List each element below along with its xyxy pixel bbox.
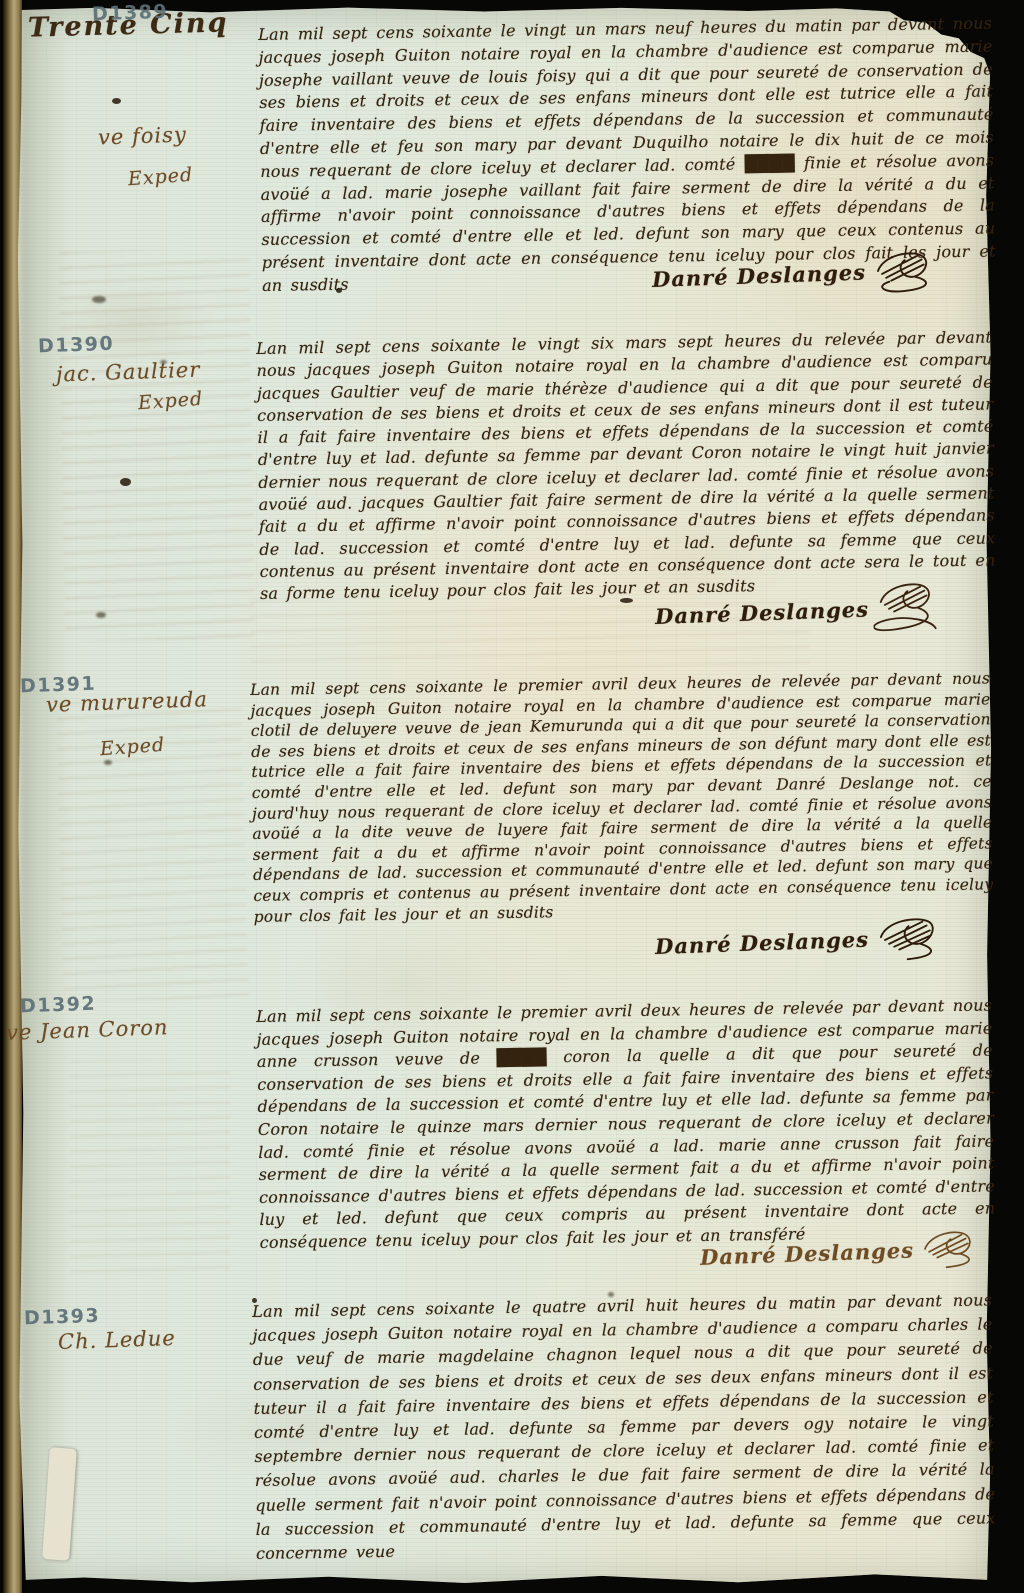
ink-blot — [112, 98, 121, 104]
signature-name: Danré Deslanges — [655, 596, 870, 628]
signature-paraph-icon — [872, 911, 944, 963]
ink-blot — [96, 612, 106, 618]
ink-blot — [104, 760, 112, 765]
signature-block: Danré Deslanges — [654, 911, 944, 971]
manuscript-scan: Trente Cinq D1389 ve foisy Exped Lan mil… — [0, 0, 1024, 1593]
margin-note-exped: Exped — [127, 164, 194, 190]
margin-name-ledue: Ch. Ledue — [58, 1326, 176, 1354]
ink-blot — [336, 288, 342, 293]
signature-block: Danré Deslanges — [651, 245, 936, 303]
ink-blot — [252, 1298, 257, 1303]
signature-name: Danré Deslanges — [652, 259, 867, 291]
entry-body: Lan mil sept cens soixante le premier av… — [256, 994, 996, 1254]
signature-paraph-icon — [917, 1225, 978, 1271]
margin-name-gaultier: jac. Gaultier — [56, 357, 201, 386]
entry-body: Lan mil sept cens soixante le premier av… — [250, 668, 994, 927]
entry-body: Lan mil sept cens soixante le quatre avr… — [252, 1288, 996, 1566]
ink-blot — [92, 296, 106, 303]
entry-ref-d1393: D1393 — [24, 1305, 101, 1330]
entry-ref-d1389: D1389 — [92, 1, 169, 26]
ink-blot — [120, 478, 131, 486]
signature-block: Danré Deslanges — [654, 578, 940, 644]
margin-note-exped: Exped — [99, 734, 166, 760]
signature-paraph-icon — [872, 578, 940, 636]
entry-body: Lan mil sept cens soixante le vingt six … — [256, 326, 996, 605]
ink-blot — [608, 1292, 614, 1297]
ink-blot — [620, 598, 633, 603]
ink-blot — [160, 360, 167, 364]
signature-name: Danré Deslanges — [655, 926, 870, 958]
entry-ref-d1392: D1392 — [20, 993, 97, 1018]
signature-paraph-icon — [869, 245, 937, 295]
margin-note-exped: Exped — [137, 388, 204, 414]
entry-ref-d1390: D1390 — [38, 333, 115, 358]
signature-name: Danré Deslanges — [700, 1237, 915, 1269]
margin-name-foisy: ve foisy — [98, 122, 188, 149]
